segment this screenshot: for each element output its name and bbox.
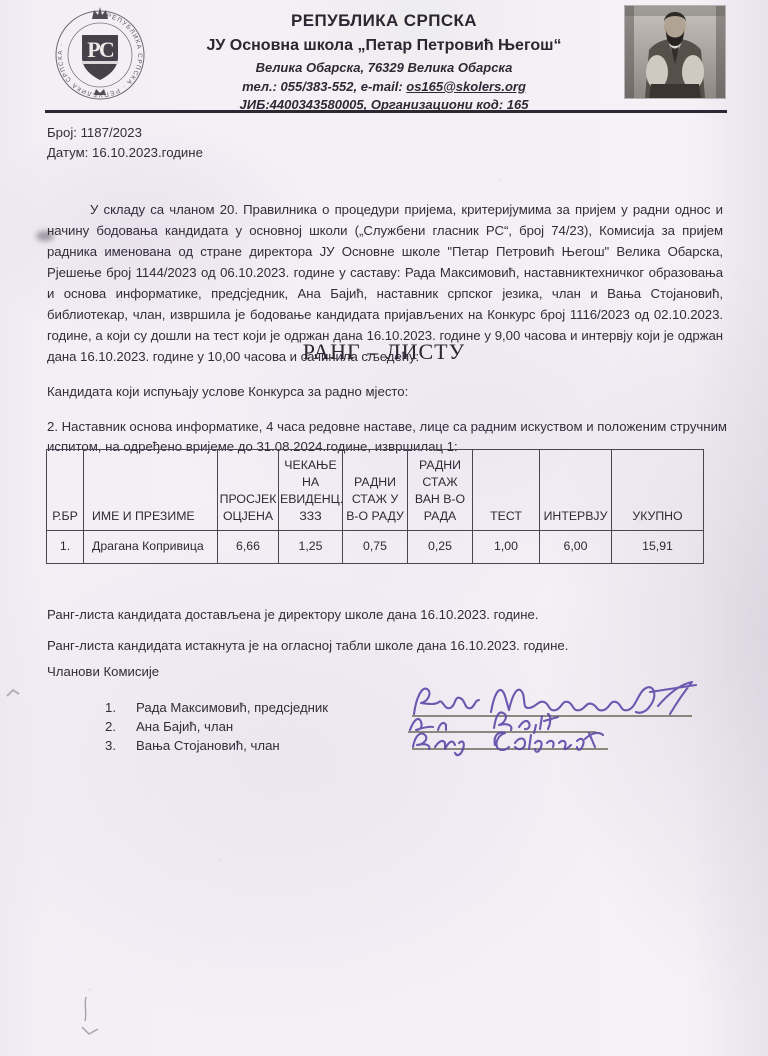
signature-vanja-stojanovic: [413, 733, 603, 756]
cell-name: Драгана Копривица: [84, 531, 218, 564]
scan-mark: [6, 688, 20, 698]
list-item: 1. Рада Максимовић, предсједник: [105, 698, 328, 717]
members-label: Чланови Комисије: [47, 664, 159, 679]
member-number: 3.: [105, 736, 136, 755]
document-header: · РЕПУБЛИКА СРПСКА · РЕПУБЛИКА СРПСКА · …: [0, 0, 768, 112]
col-interview: ИНТЕРВЈУ: [540, 450, 612, 531]
list-item: 2. Ана Бајић, члан: [105, 717, 328, 736]
table-row: 1. Драгана Копривица 6,66 1,25 0,75 0,25…: [47, 531, 704, 564]
cell-interview: 6,00: [540, 531, 612, 564]
school-address: Велика Обарска, 76329 Велика Обарска: [160, 60, 608, 76]
cell-waiting-record: 1,25: [279, 531, 343, 564]
header-text-block: РЕПУБЛИКА СРПСКА ЈУ Основна школа „Петар…: [160, 10, 608, 115]
cell-total: 15,91: [612, 531, 704, 564]
col-service-outside-edu: РАДНИ СТАЖ ВАН В-О РАДА: [408, 450, 473, 531]
list-item: 3. Вања Стојановић, члан: [105, 736, 328, 755]
members-list: 1. Рада Максимовић, предсједник 2. Ана Б…: [105, 698, 328, 755]
candidates-line: Кандидата који испуњају услове Конкурса …: [47, 384, 408, 399]
table-header-row: Р.БР ИМЕ И ПРЕЗИМЕ ПРОСЈЕК ОЦЈЕНА ЧЕКАЊЕ…: [47, 450, 704, 531]
seal-monogram: РС: [87, 37, 114, 62]
rank-list-title: РАНГ – ЛИСТУ: [0, 339, 768, 365]
cell-service-in-edu: 0,75: [343, 531, 408, 564]
scanned-document-page: · РЕПУБЛИКА СРПСКА · РЕПУБЛИКА СРПСКА · …: [0, 0, 768, 1056]
col-name: ИМЕ И ПРЕЗИМЕ: [84, 450, 218, 531]
phone-label: тел.: 055/383-552, e-mail:: [242, 79, 406, 94]
signature-rada-maksimovic: [414, 682, 696, 714]
member-name: Вања Стојановић, члан: [136, 736, 328, 755]
col-waiting-record: ЧЕКАЊЕ НА ЕВИДЕНЦ. ЗЗЗ: [279, 450, 343, 531]
email-link: os165@skolers.org: [406, 79, 526, 94]
njegos-portrait-photo: [625, 6, 725, 98]
col-total: УКУПНО: [612, 450, 704, 531]
scan-mark: [78, 995, 108, 1040]
school-name: ЈУ Основна школа „Петар Петровић Његош“: [160, 36, 608, 56]
rank-table: Р.БР ИМЕ И ПРЕЗИМЕ ПРОСЈЕК ОЦЈЕНА ЧЕКАЊЕ…: [46, 449, 704, 564]
col-ordinal: Р.БР: [47, 450, 84, 531]
cell-service-outside-edu: 0,25: [408, 531, 473, 564]
delivered-sentence: Ранг-листа кандидата достављена је дирек…: [47, 607, 539, 622]
cell-test: 1,00: [473, 531, 540, 564]
col-grade-average: ПРОСЈЕК ОЦЈЕНА: [218, 450, 279, 531]
cell-ordinal: 1.: [47, 531, 84, 564]
handwritten-signatures: [398, 672, 728, 772]
member-name: Ана Бајић, члан: [136, 717, 328, 736]
school-contact: тел.: 055/383-552, e-mail: os165@skolers…: [160, 79, 608, 95]
posted-sentence: Ранг-листа кандидата истакнута је на огл…: [47, 638, 568, 653]
document-number: Број: 1187/2023: [47, 123, 203, 143]
country-title: РЕПУБЛИКА СРПСКА: [160, 10, 608, 31]
school-seal-icon: · РЕПУБЛИКА СРПСКА · РЕПУБЛИКА СРПСКА · …: [52, 5, 148, 101]
member-name: Рада Максимовић, предсједник: [136, 698, 328, 717]
col-test: ТЕСТ: [473, 450, 540, 531]
member-number: 2.: [105, 717, 136, 736]
rank-table-wrap: Р.БР ИМЕ И ПРЕЗИМЕ ПРОСЈЕК ОЦЈЕНА ЧЕКАЊЕ…: [46, 449, 704, 564]
col-service-in-edu: РАДНИ СТАЖ У В-О РАДУ: [343, 450, 408, 531]
document-date: Датум: 16.10.2023.године: [47, 143, 203, 163]
cell-grade-average: 6,66: [218, 531, 279, 564]
header-divider: [45, 110, 727, 113]
document-meta: Број: 1187/2023 Датум: 16.10.2023.године: [47, 123, 203, 163]
member-number: 1.: [105, 698, 136, 717]
